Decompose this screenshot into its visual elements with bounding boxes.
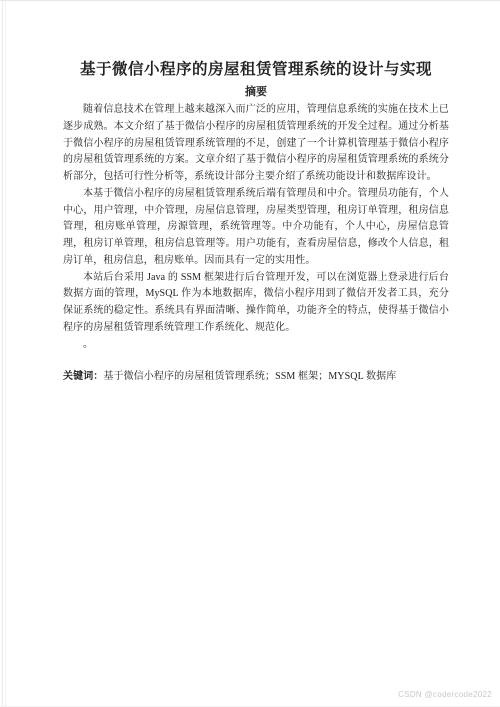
- abstract-paragraph: 随着信息技术在管理上越来越深入而广泛的应用，管理信息系统的实施在技术上已逐步成熟…: [63, 102, 449, 186]
- keywords-line: 关键词：基于微信小程序的房屋租赁管理系统；SSM 框架；MYSQL 数据库: [63, 369, 449, 385]
- stray-period-paragraph: 。: [63, 337, 449, 354]
- page-edge-line: [2, 1, 3, 706]
- abstract-body: 随着信息技术在管理上越来越深入而广泛的应用，管理信息系统的实施在技术上已逐步成熟…: [63, 102, 449, 353]
- keywords-text: 基于微信小程序的房屋租赁管理系统；SSM 框架；MYSQL 数据库: [103, 371, 396, 382]
- page-edge-line: [5, 1, 6, 706]
- abstract-paragraph: 本站后台采用 Java 的 SSM 框架进行后台管理开发，可以在浏览器上登录进行…: [63, 270, 449, 337]
- abstract-heading: 摘要: [63, 85, 449, 100]
- paper-title: 基于微信小程序的房屋租赁管理系统的设计与实现: [63, 58, 449, 81]
- csdn-watermark: CSDN @codercode2022: [398, 690, 492, 699]
- abstract-paragraph: 本基于微信小程序的房屋租赁管理系统后端有管理员和中介。管理员功能有，个人中心，用…: [63, 186, 449, 270]
- document-page: 基于微信小程序的房屋租赁管理系统的设计与实现 摘要 随着信息技术在管理上越来越深…: [0, 0, 500, 707]
- abstract-content: 基于微信小程序的房屋租赁管理系统的设计与实现 摘要 随着信息技术在管理上越来越深…: [63, 58, 449, 385]
- keywords-label: 关键词：: [63, 371, 103, 382]
